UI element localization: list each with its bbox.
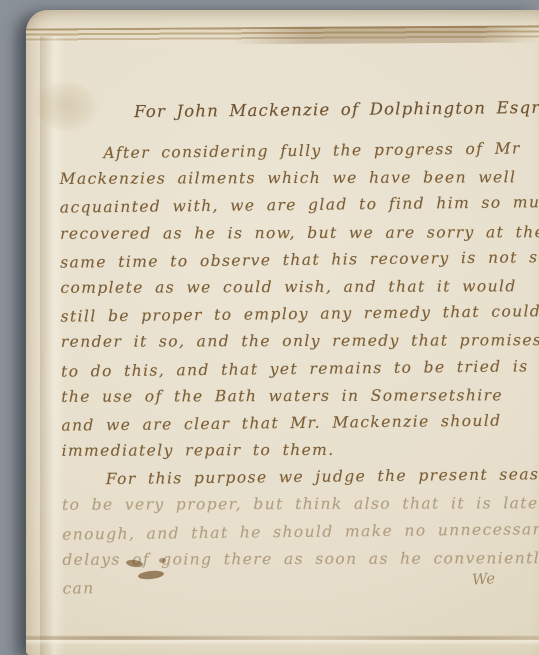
letter-body: After considering fully the progress of … (59, 136, 532, 601)
letter-paper: For John Mackenzie of Dolphington Esqr. … (26, 10, 539, 655)
letter-line: can (62, 570, 532, 603)
page-stack-edges (26, 25, 539, 45)
letter-line: to do this, and that yet remains to be t… (61, 353, 531, 386)
letter-line: render it so, and the only remedy that p… (61, 327, 531, 356)
bottom-crease-highlight (26, 640, 539, 645)
paper-stain (34, 80, 98, 132)
letter-line: acquainted with, we are glad to find him… (60, 190, 530, 223)
letter-line: immediately repair to them. (62, 436, 532, 465)
letter-line: enough, and that he should make no unnec… (62, 516, 532, 549)
catchword: We (471, 569, 495, 589)
letter-line: to be very proper, but think also that i… (62, 491, 532, 520)
scanned-letter-page: For John Mackenzie of Dolphington Esqr. … (0, 0, 539, 655)
letter-line: still be proper to employ any remedy tha… (60, 298, 530, 331)
letter-line: same time to observe that his recovery i… (60, 244, 530, 277)
letter-line: After considering fully the progress of … (59, 135, 529, 168)
letter-heading: For John Mackenzie of Dolphington Esqr. (134, 98, 539, 121)
letter-line: and we are clear that Mr. Mackenzie shou… (61, 407, 531, 440)
ink-spot (159, 558, 166, 563)
letter-line: complete as we could wish, and that it w… (60, 273, 530, 302)
letter-line: For this purpose we judge the present se… (62, 462, 532, 495)
letter-line: Mackenzies ailments which we have been w… (60, 164, 530, 193)
letter-line: the use of the Bath waters in Somersetsh… (61, 382, 531, 411)
letter-line: recovered as he is now, but we are sorry… (60, 219, 530, 248)
